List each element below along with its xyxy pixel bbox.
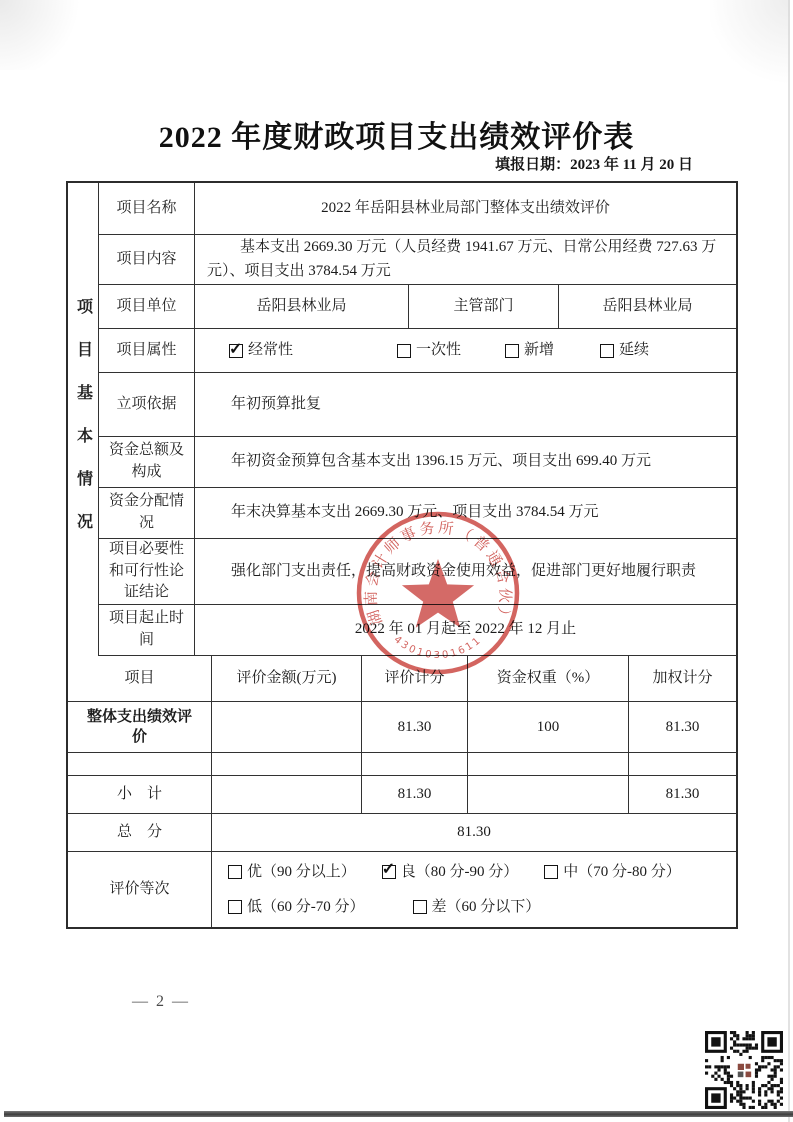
total-label: 总 分 <box>68 814 212 851</box>
total-value: 81.30 <box>212 814 736 851</box>
row-label-project-unit: 项目单位 <box>99 285 195 328</box>
score-value: 81.30 <box>362 702 468 752</box>
table-row: 项目名称 2022 年岳阳县林业局部门整体支出绩效评价 <box>99 183 736 235</box>
checkbox-icon <box>600 344 614 358</box>
qr-code <box>705 1031 783 1109</box>
row-label-project-content: 项目内容 <box>99 235 195 284</box>
checkbox-icon <box>413 900 427 914</box>
score-weight: 100 <box>468 702 629 752</box>
checkbox-grade-excellent: 优（90 分以上） <box>228 862 356 882</box>
project-name-value: 2022 年岳阳县林业局部门整体支出绩效评价 <box>195 183 736 234</box>
col-header-item: 项目 <box>68 656 212 701</box>
basic-info-section: 项目基本情况 项目名称 2022 年岳阳县林业局部门整体支出绩效评价 项目内容 … <box>68 183 736 656</box>
col-header-score: 评价计分 <box>362 656 468 701</box>
grade-row: 评价等次 优（90 分以上） 良（80 分-90 分） 中（70 分-80 分） <box>68 852 736 927</box>
checkbox-icon <box>544 865 558 879</box>
row-label-period: 项目起止时间 <box>99 605 195 655</box>
score-row-total: 总 分 81.30 <box>68 814 736 852</box>
table-row: 项目内容 基本支出 2669.30 万元（人员经费 1941.67 万元、日常公… <box>99 235 736 285</box>
project-unit-value: 岳阳县林业局 <box>195 285 409 328</box>
checkbox-grade-good: 良（80 分-90 分） <box>382 862 519 882</box>
total-funds-value: 年初资金预算包含基本支出 1396.15 万元、项目支出 699.40 万元 <box>195 437 736 487</box>
checkbox-grade-poor: 差（60 分以下） <box>413 897 541 917</box>
subtotal-label: 小 计 <box>68 776 212 813</box>
score-amount <box>212 702 362 752</box>
subtotal-amount <box>212 776 362 813</box>
table-row: 项目起止时间 2022 年 01 月起至 2022 年 12 月止 <box>99 605 736 656</box>
scan-edge-right <box>788 0 790 1122</box>
checkbox-grade-low: 低（60 分-70 分） <box>228 897 365 917</box>
evaluation-table: 项目基本情况 项目名称 2022 年岳阳县林业局部门整体支出绩效评价 项目内容 … <box>66 181 738 929</box>
dept-value: 岳阳县林业局 <box>559 285 736 328</box>
page-title: 2022 年度财政项目支出绩效评价表 <box>0 112 793 156</box>
col-header-weighted: 加权计分 <box>629 656 736 701</box>
row-label-project-attribute: 项目属性 <box>99 329 195 372</box>
subtotal-score: 81.30 <box>362 776 468 813</box>
necessity-value: 强化部门支出责任，提高财政资金使用效益，促进部门更好地履行职责 <box>195 539 736 604</box>
row-label-total-funds: 资金总额及构成 <box>99 437 195 487</box>
row-label-allocation: 资金分配情况 <box>99 488 195 538</box>
grade-label: 评价等次 <box>68 852 212 927</box>
checkbox-one-time: 一次性 <box>397 339 461 362</box>
score-row-overall: 整体支出绩效评价 81.30 100 81.30 <box>68 702 736 753</box>
table-row: 项目属性 经常性 一次性 新增 <box>99 329 736 373</box>
score-row-empty <box>68 753 736 776</box>
row-label-basis: 立项依据 <box>99 373 195 436</box>
checkbox-new: 新增 <box>505 339 554 362</box>
report-date: 填报日期：2023 年 11 月 20 日 <box>495 153 693 174</box>
table-row: 资金总额及构成 年初资金预算包含基本支出 1396.15 万元、项目支出 699… <box>99 437 736 488</box>
row-label-necessity: 项目必要性和可行性论证结论 <box>99 539 195 604</box>
allocation-value: 年末决算基本支出 2669.30 万元、项目支出 3784.54 万元 <box>195 488 736 538</box>
period-value: 2022 年 01 月起至 2022 年 12 月止 <box>195 605 736 655</box>
checkbox-icon <box>229 344 243 358</box>
col-header-weight: 资金权重（%） <box>468 656 629 701</box>
score-weighted: 81.30 <box>629 702 736 752</box>
checkbox-icon <box>397 344 411 358</box>
subtotal-weighted: 81.30 <box>629 776 736 813</box>
scan-edge-bottom <box>4 1111 793 1117</box>
col-header-amount: 评价金额(万元) <box>212 656 362 701</box>
basis-value: 年初预算批复 <box>195 373 736 436</box>
table-row: 项目必要性和可行性论证结论 强化部门支出责任，提高财政资金使用效益，促进部门更好… <box>99 539 736 605</box>
vertical-header-cell: 项目基本情况 <box>68 183 99 656</box>
vertical-header-text: 项目基本情况 <box>72 284 95 556</box>
table-row: 资金分配情况 年末决算基本支出 2669.30 万元、项目支出 3784.54 … <box>99 488 736 539</box>
page-number: — 2 — <box>132 993 190 1011</box>
checkbox-recurrent: 经常性 <box>229 339 293 362</box>
grade-options: 优（90 分以上） 良（80 分-90 分） 中（70 分-80 分） 低（60 <box>212 862 736 917</box>
dept-label: 主管部门 <box>409 285 559 328</box>
checkbox-grade-medium: 中（70 分-80 分） <box>544 862 681 882</box>
attribute-options: 经常性 一次性 新增 延续 <box>195 339 736 362</box>
row-label-project-name: 项目名称 <box>99 183 195 234</box>
checkbox-icon <box>505 344 519 358</box>
score-header-row: 项目 评价金额(万元) 评价计分 资金权重（%） 加权计分 <box>68 656 736 702</box>
checkbox-icon <box>228 900 242 914</box>
scan-smudge-top-left <box>0 0 90 70</box>
score-row-label: 整体支出绩效评价 <box>68 702 212 752</box>
table-row: 项目单位 岳阳县林业局 主管部门 岳阳县林业局 <box>99 285 736 329</box>
subtotal-weight <box>468 776 629 813</box>
project-content-value: 基本支出 2669.30 万元（人员经费 1941.67 万元、日常公用经费 7… <box>195 235 736 284</box>
scan-smudge-top-right <box>710 0 790 90</box>
checkbox-continued: 延续 <box>600 339 649 362</box>
table-row: 立项依据 年初预算批复 <box>99 373 736 437</box>
score-row-subtotal: 小 计 81.30 81.30 <box>68 776 736 814</box>
checkbox-icon <box>228 865 242 879</box>
checkbox-icon <box>382 865 396 879</box>
